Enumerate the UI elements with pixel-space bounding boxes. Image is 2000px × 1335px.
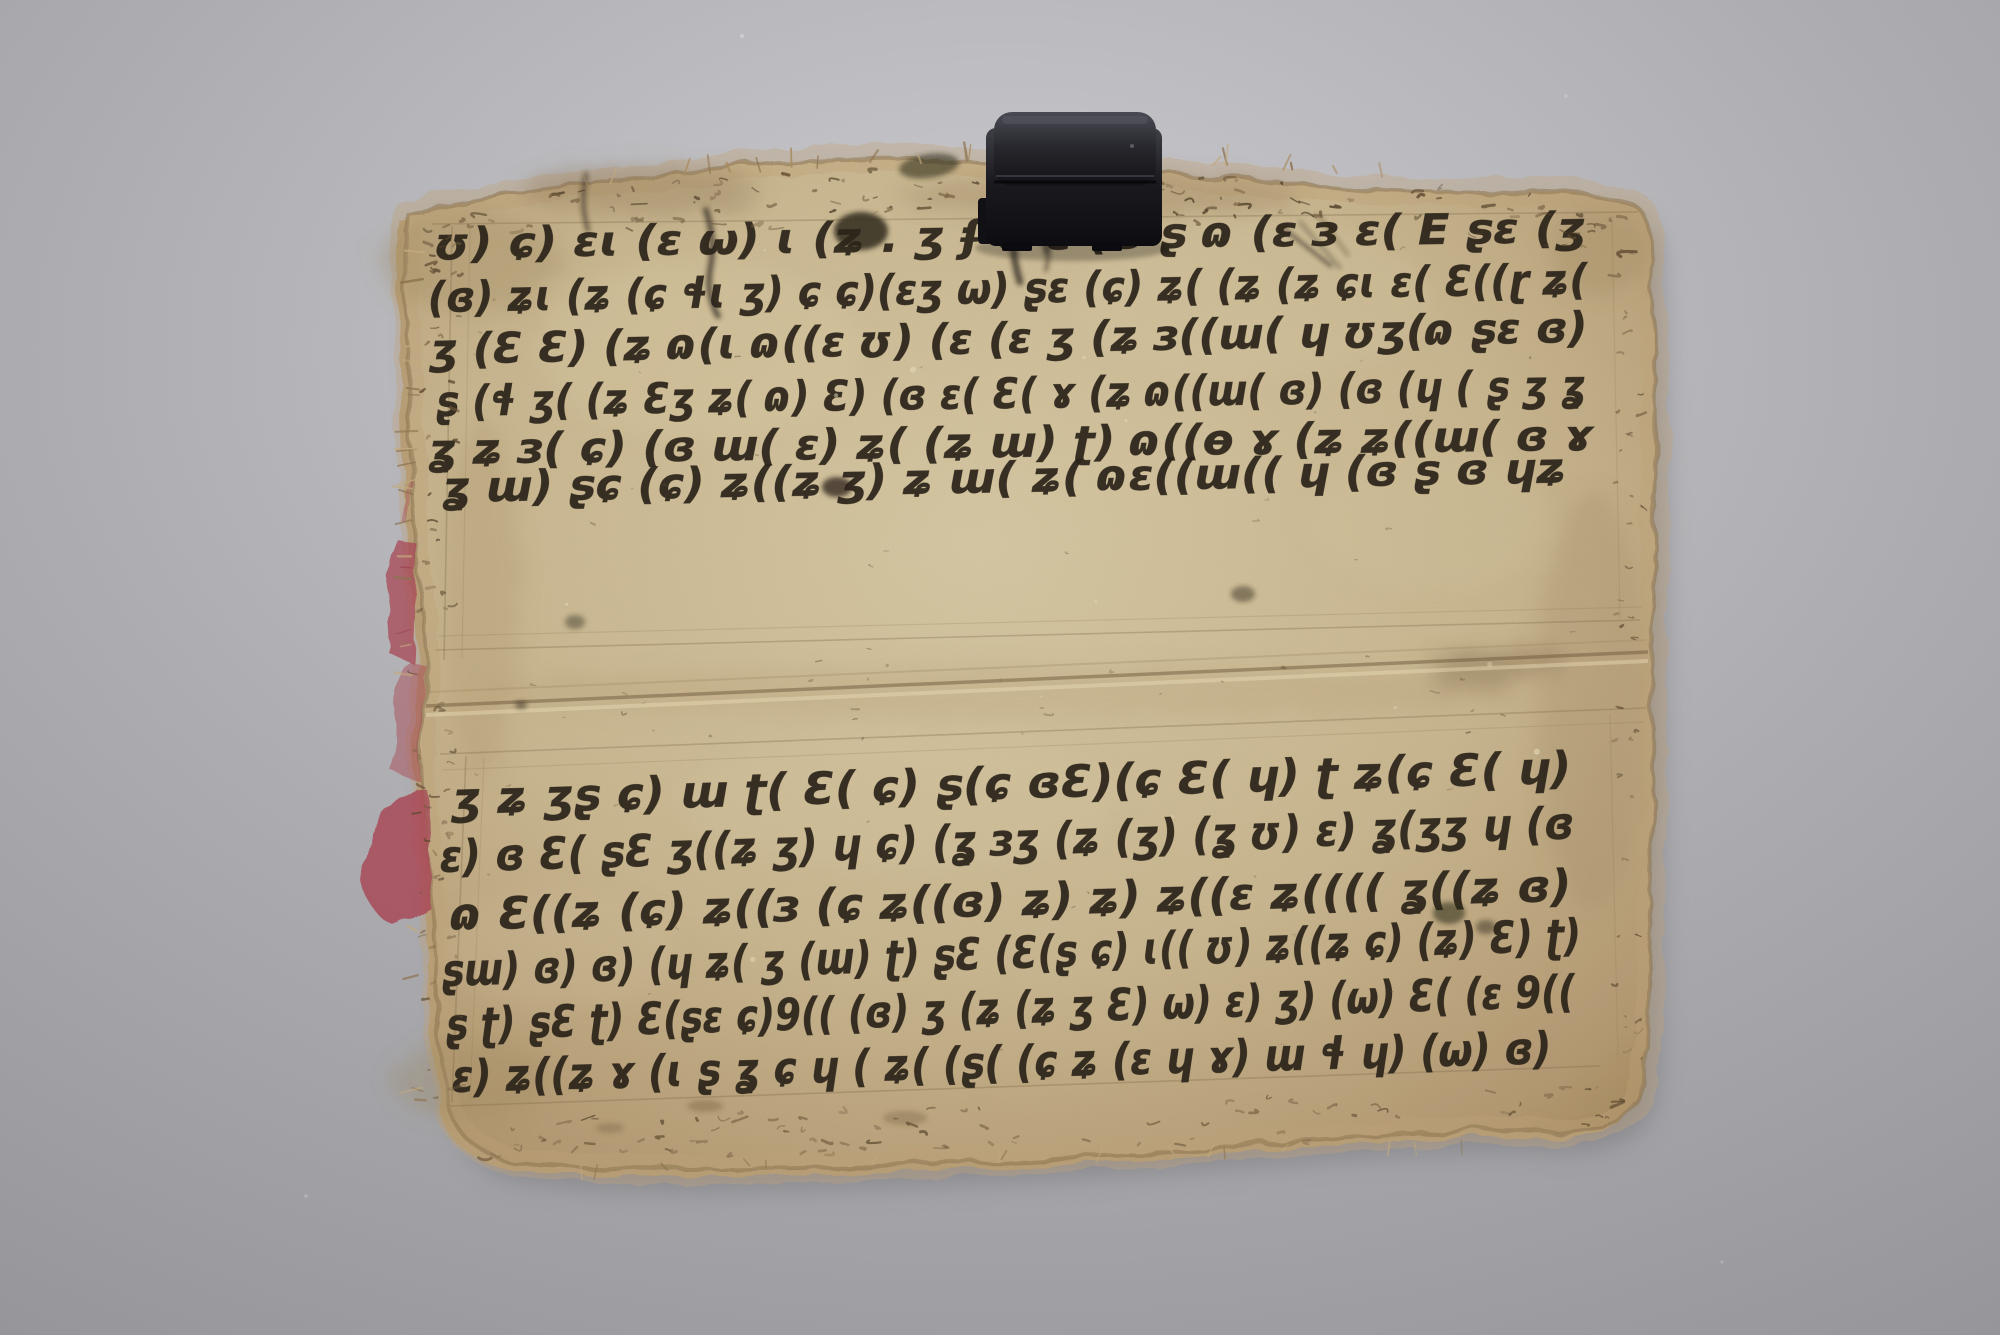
clip-foot <box>1002 242 1032 251</box>
clip-foot <box>1092 242 1122 251</box>
manuscript-photograph: ʊ) ɕ) ɛɩ (ɛ ω) ɩ (ʑ . ʒ ʄ ɞ ɛ (ɞ ʂ ɷ (ɛ … <box>0 0 2000 1335</box>
dust-speck <box>1564 94 1567 97</box>
clip-speck <box>1130 144 1134 148</box>
dust-speck <box>1720 1260 1723 1263</box>
dust-speck <box>304 1194 308 1198</box>
binder-clip <box>975 112 1171 261</box>
bottom-page-text: ʒ ʑ ʒʂ ɕ) ɯ ʈ( Ɛ( ɕ) ʂ(ɕ ɞƐ)(ɕ Ɛ( ɥ) ʈ ʑ… <box>439 743 1582 1103</box>
dust-speck <box>740 34 744 38</box>
photograph: ʊ) ɕ) ɛɩ (ɛ ω) ɩ (ʑ . ʒ ʄ ɞ ɛ (ɞ ʂ ɷ (ɛ … <box>0 0 2000 1335</box>
clip-highlight <box>1002 116 1148 124</box>
